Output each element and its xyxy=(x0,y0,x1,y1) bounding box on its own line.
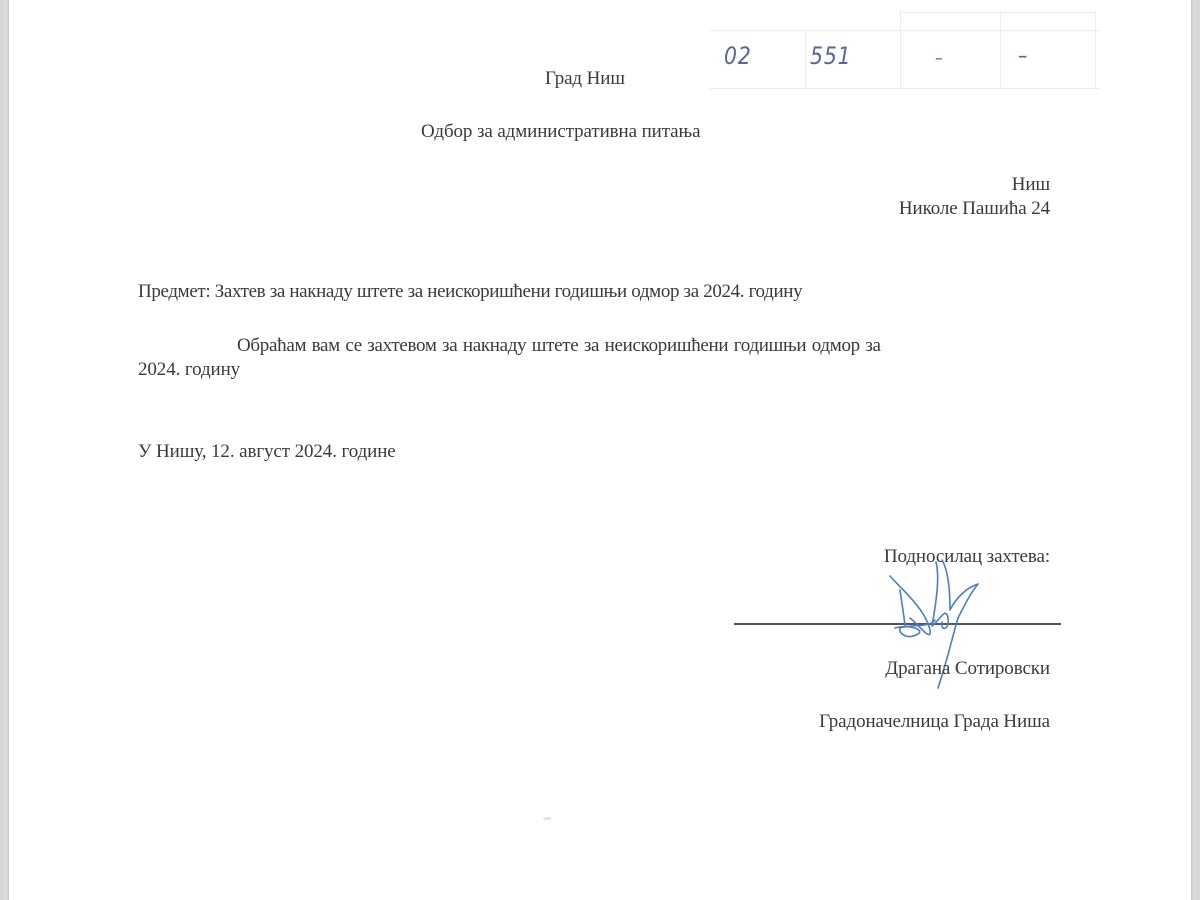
document-page: 02 551 – – Град Ниш Одбор за администрат… xyxy=(10,0,1190,900)
signatory-name: Драгана Сотировски xyxy=(885,657,1050,681)
place-and-date: У Нишу, 12. август 2024. године xyxy=(138,440,396,464)
subject-line: Предмет: Захтев за накнаду штете за неис… xyxy=(138,280,802,304)
stamp-number-1: 02 xyxy=(724,42,752,70)
recipient-city: Град Ниш xyxy=(545,67,625,91)
page-edge-right xyxy=(1191,0,1200,900)
address-street: Николе Пашића 24 xyxy=(899,197,1050,221)
body-paragraph-line-1: Обраћам вам се захтевом за накнаду штете… xyxy=(237,334,881,358)
body-paragraph-line-2: 2024. годину xyxy=(138,358,240,382)
page-edge-left xyxy=(0,0,9,900)
stamp-number-2: 551 xyxy=(810,42,851,70)
registry-stamp: 02 551 – – xyxy=(710,0,1100,92)
address-city: Ниш xyxy=(1012,173,1050,197)
recipient-body: Одбор за административна питања xyxy=(421,120,700,144)
signatory-title: Градоначелница Града Ниша xyxy=(819,710,1050,734)
stamp-number-4: – xyxy=(1018,44,1028,69)
stamp-number-3: – xyxy=(935,48,944,69)
scan-speck xyxy=(543,817,551,820)
